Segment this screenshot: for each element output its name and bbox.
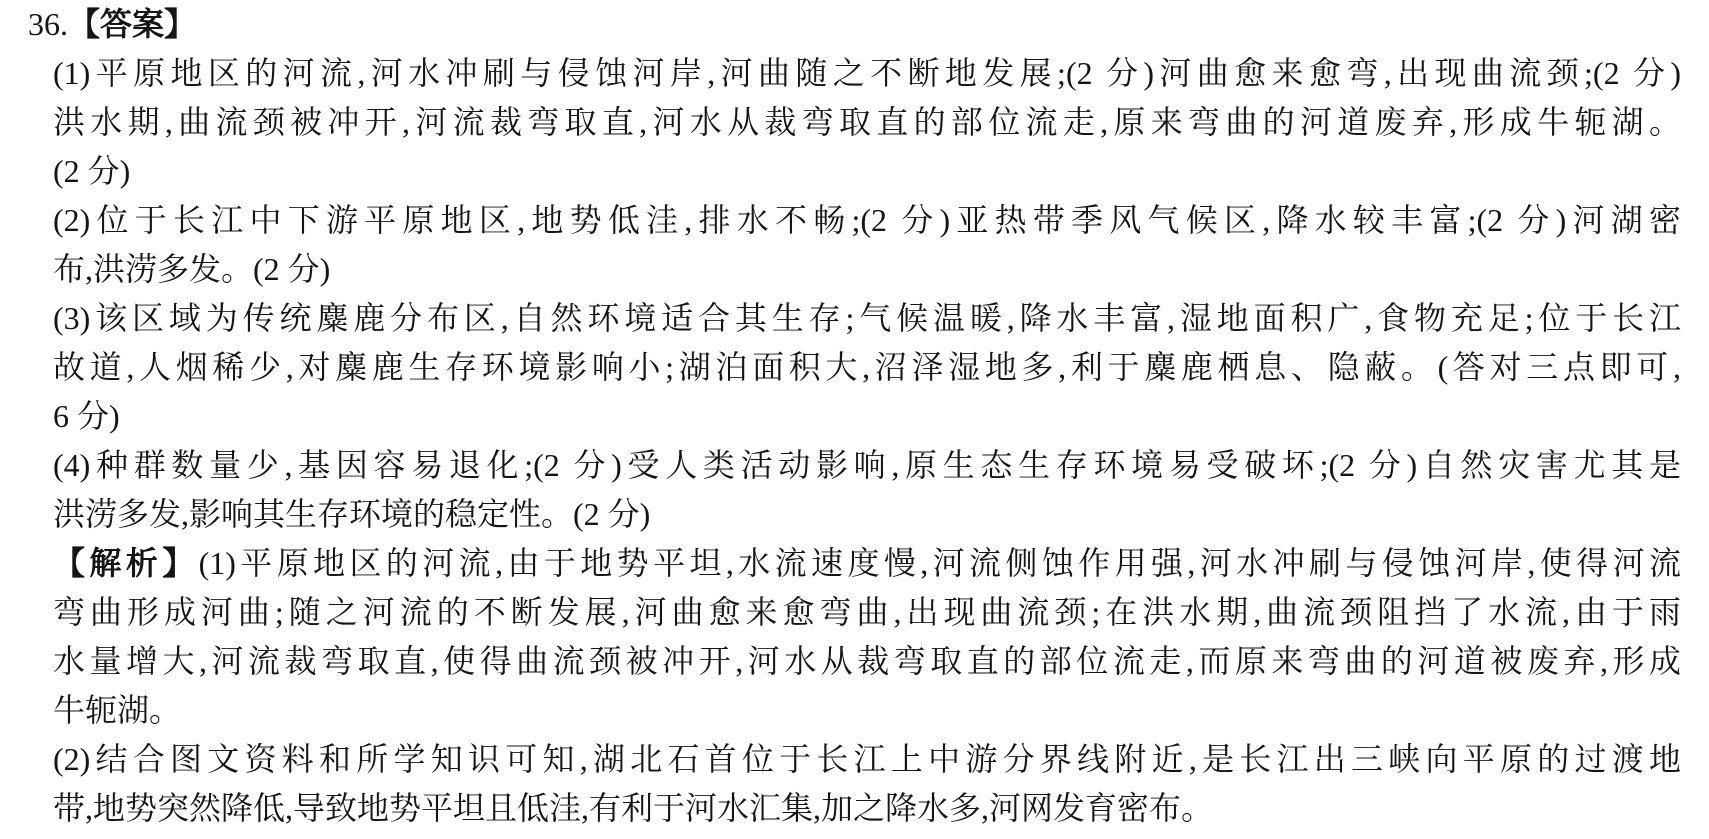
analysis-label: 【解析】	[53, 545, 199, 581]
text-line: 洪水期,曲流颈被冲开,河流裁弯取直,河水从裁弯取直的部位流走,原来弯曲的河道废弃…	[53, 98, 1681, 147]
answer-heading-line: 36.【答案】	[28, 0, 1681, 49]
question-number: 36.	[28, 6, 68, 42]
answer-part4-line1: (4)种群数量少,基因容易退化;(2 分)受人类活动影响,原生态生存环境易受破坏…	[53, 447, 1681, 483]
answer-part3-line3: 6 分)	[53, 398, 120, 434]
analysis-part1-line2: 弯曲形成河曲;随之河流的不断发展,河曲愈来愈弯曲,出现曲流颈;在洪水期,曲流颈阻…	[53, 594, 1681, 630]
text-line: 故道,人烟稀少,对麋鹿生存环境影响小;湖泊面积大,沼泽湿地多,利于麋鹿栖息、隐蔽…	[53, 343, 1681, 392]
text-line: (1)平原地区的河流,河水冲刷与侵蚀河岸,河曲随之不断地发展;(2 分)河曲愈来…	[53, 49, 1681, 98]
analysis-heading-line: 【解析】(1)平原地区的河流,由于地势平坦,水流速度慢,河流侧蚀作用强,河水冲刷…	[53, 539, 1681, 588]
analysis-part1-line1: (1)平原地区的河流,由于地势平坦,水流速度慢,河流侧蚀作用强,河水冲刷与侵蚀河…	[199, 545, 1681, 581]
answer-part2-line2: 布,洪涝多发。(2 分)	[53, 251, 330, 287]
analysis-part1-line4: 牛轭湖。	[53, 692, 181, 728]
text-line: 弯曲形成河曲;随之河流的不断发展,河曲愈来愈弯曲,出现曲流颈;在洪水期,曲流颈阻…	[53, 588, 1681, 637]
text-line: (2 分)	[53, 147, 1681, 196]
answer-part1-line2: 洪水期,曲流颈被冲开,河流裁弯取直,河水从裁弯取直的部位流走,原来弯曲的河道废弃…	[53, 104, 1681, 140]
analysis-part2-line1: (2)结合图文资料和所学知识可知,湖北石首位于长江上中游分界线附近,是长江出三峡…	[53, 741, 1681, 777]
answer-part2-line1: (2)位于长江中下游平原地区,地势低洼,排水不畅;(2 分)亚热带季风气候区,降…	[53, 202, 1681, 238]
text-line: (2)位于长江中下游平原地区,地势低洼,排水不畅;(2 分)亚热带季风气候区,降…	[53, 196, 1681, 245]
answer-part3-line1: (3)该区域为传统麋鹿分布区,自然环境适合其生存;气候温暖,降水丰富,湿地面积广…	[53, 300, 1681, 336]
answer-part1-line3: (2 分)	[53, 153, 130, 189]
answer-part1-line1: (1)平原地区的河流,河水冲刷与侵蚀河岸,河曲随之不断地发展;(2 分)河曲愈来…	[53, 55, 1681, 91]
answer-key-document: 36.【答案】 (1)平原地区的河流,河水冲刷与侵蚀河岸,河曲随之不断地发展;(…	[53, 0, 1681, 833]
text-line: 6 分)	[53, 392, 1681, 441]
text-line: 洪涝多发,影响其生存环境的稳定性。(2 分)	[53, 490, 1681, 539]
text-line: 水量增大,河流裁弯取直,使得曲流颈被冲开,河水从裁弯取直的部位流走,而原来弯曲的…	[53, 637, 1681, 686]
answer-part4-line2: 洪涝多发,影响其生存环境的稳定性。(2 分)	[53, 496, 650, 532]
text-line: (4)种群数量少,基因容易退化;(2 分)受人类活动影响,原生态生存环境易受破坏…	[53, 441, 1681, 490]
analysis-part1-line3: 水量增大,河流裁弯取直,使得曲流颈被冲开,河水从裁弯取直的部位流走,而原来弯曲的…	[53, 643, 1681, 679]
text-line: 带,地势突然降低,导致地势平坦且低洼,有利于河水汇集,加之降水多,河网发育密布。	[53, 784, 1681, 833]
analysis-part2-line2: 带,地势突然降低,导致地势平坦且低洼,有利于河水汇集,加之降水多,河网发育密布。	[53, 790, 1213, 826]
answer-part3-line2: 故道,人烟稀少,对麋鹿生存环境影响小;湖泊面积大,沼泽湿地多,利于麋鹿栖息、隐蔽…	[53, 349, 1681, 385]
text-line: 牛轭湖。	[53, 686, 1681, 735]
text-line: 布,洪涝多发。(2 分)	[53, 245, 1681, 294]
text-line: (2)结合图文资料和所学知识可知,湖北石首位于长江上中游分界线附近,是长江出三峡…	[53, 735, 1681, 784]
answer-label: 【答案】	[68, 6, 196, 42]
text-line: (3)该区域为传统麋鹿分布区,自然环境适合其生存;气候温暖,降水丰富,湿地面积广…	[53, 294, 1681, 343]
